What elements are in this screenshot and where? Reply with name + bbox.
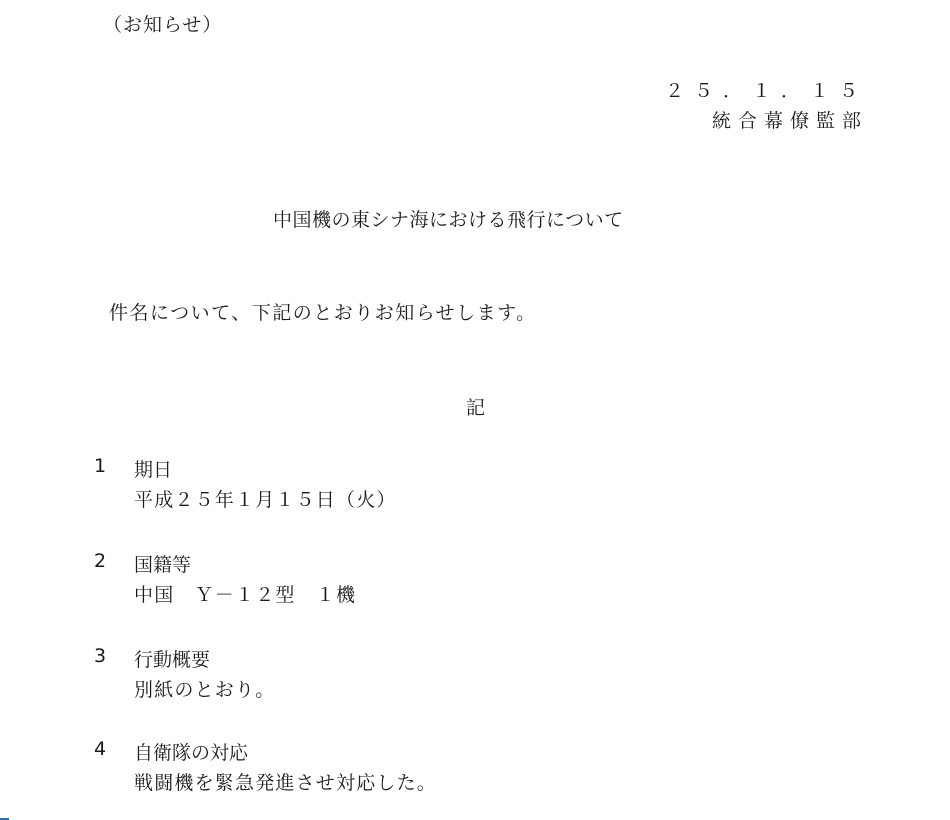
item-number: 4 bbox=[94, 738, 106, 760]
document-title: 中国機の東シナ海における飛行について bbox=[273, 205, 624, 232]
notice-label: （お知らせ） bbox=[103, 10, 222, 37]
item-number: 2 bbox=[94, 550, 106, 572]
item-number: 3 bbox=[94, 645, 106, 667]
item-body: 戦闘機を緊急発進させ対応した。 bbox=[134, 768, 437, 795]
item-heading: 期日 bbox=[134, 455, 172, 482]
intro-text: 件名について、下記のとおりお知らせします。 bbox=[109, 298, 537, 325]
item-body: 別紙のとおり。 bbox=[134, 675, 275, 702]
ki-label: 記 bbox=[466, 393, 485, 420]
item-heading: 行動概要 bbox=[134, 645, 210, 672]
item-heading: 国籍等 bbox=[134, 550, 191, 577]
document-date: ２５．１．１５ bbox=[665, 76, 868, 103]
issuer-name: 統合幕僚監部 bbox=[712, 106, 868, 133]
item-number: 1 bbox=[94, 455, 106, 477]
item-heading: 自衛隊の対応 bbox=[134, 738, 248, 765]
item-body: 中国 Ｙ－１２型 １機 bbox=[134, 580, 356, 607]
item-body: 平成２５年１月１５日（火） bbox=[134, 485, 397, 512]
